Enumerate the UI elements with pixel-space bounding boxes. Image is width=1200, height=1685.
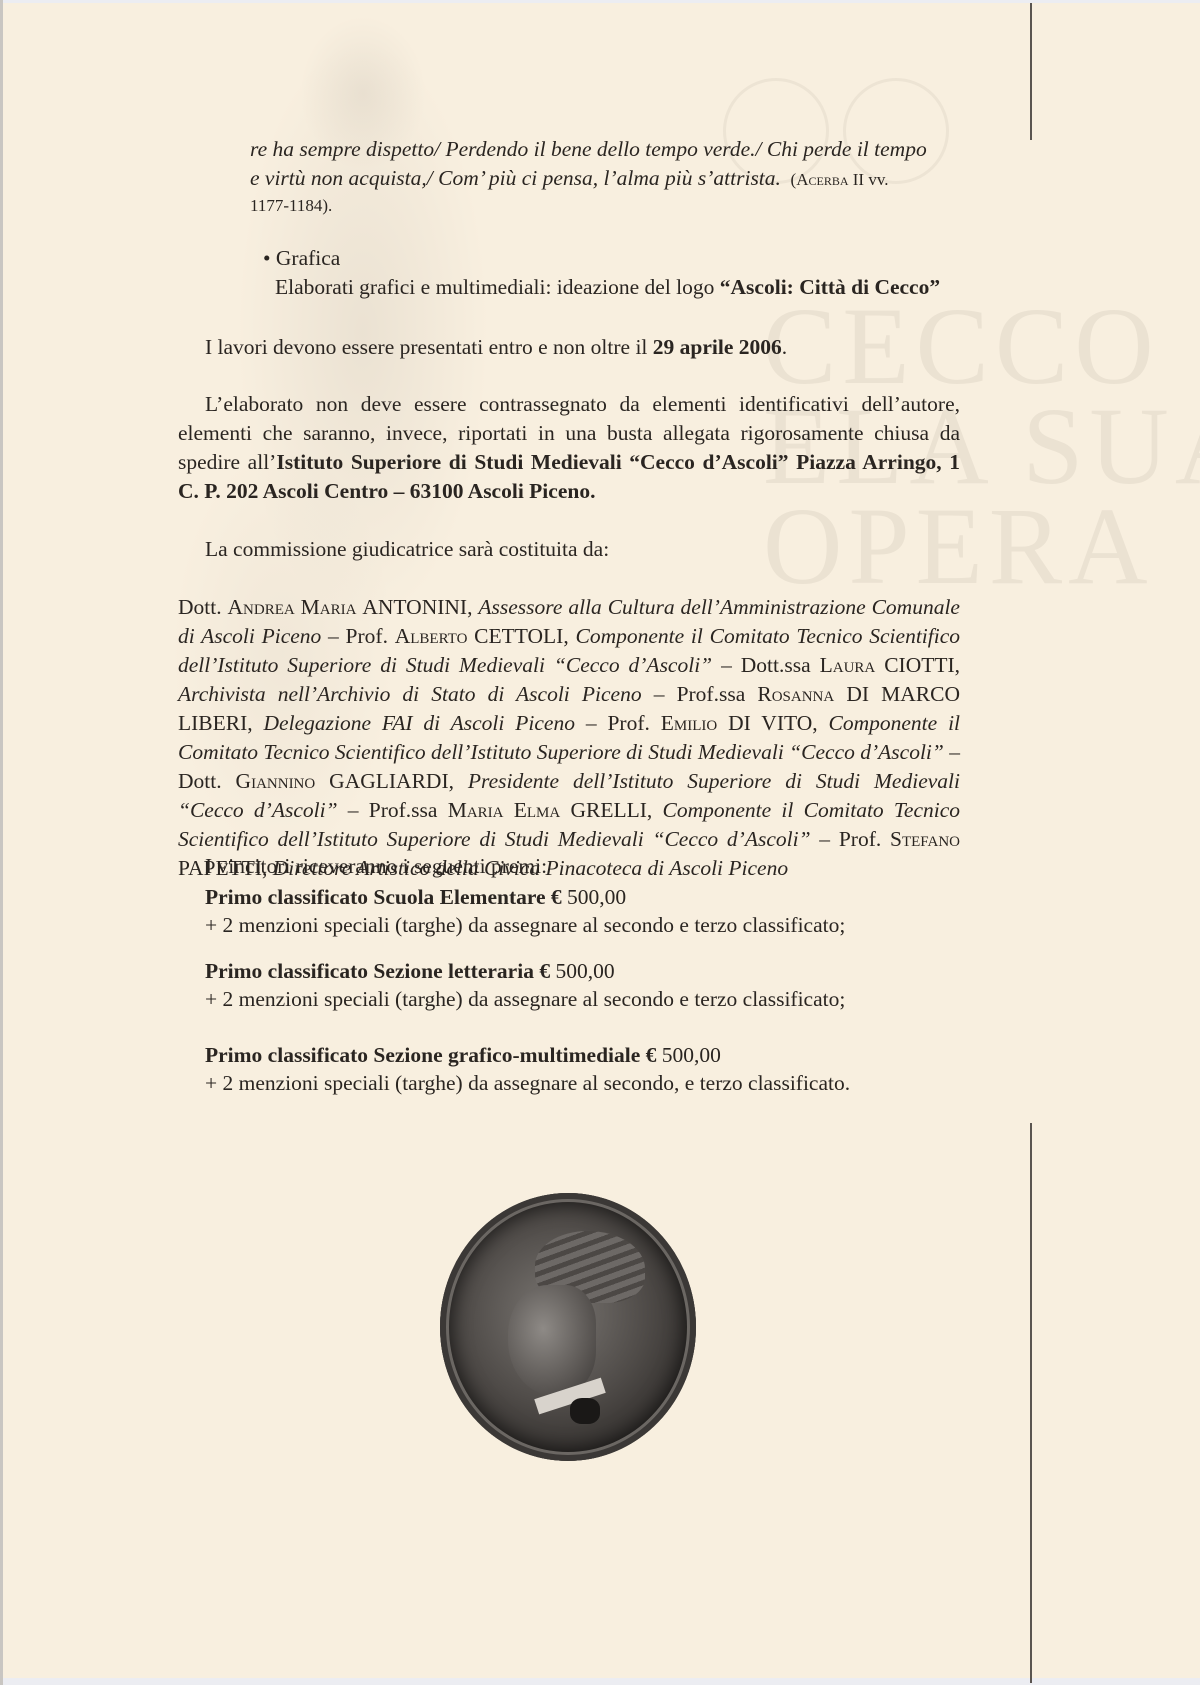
euro-icon: € (646, 1043, 662, 1067)
quote-citation-end: 1177-1184). (250, 191, 332, 220)
medallion-collar-shadow (570, 1398, 600, 1424)
margin-rule-bottom (1030, 1123, 1032, 1683)
document-page: CECCO ELA SUA OPERA re ha sempre dispett… (3, 3, 1200, 1678)
deadline-text: I lavori devono essere presentati entro … (205, 333, 787, 362)
prize-note: + 2 menzioni speciali (targhe) da assegn… (205, 1069, 850, 1098)
quote-line-1: re ha sempre dispetto/ Perdendo il bene … (250, 135, 930, 164)
medallion-face (508, 1285, 596, 1395)
prize-note: + 2 menzioni speciali (targhe) da assegn… (205, 911, 845, 940)
commission-intro: La commissione giudicatrice sarà costitu… (205, 535, 609, 564)
margin-rule-top (1030, 3, 1032, 140)
section-grafica-title: • Grafica (263, 244, 340, 273)
prize-title: Primo classificato Sezione grafico-multi… (205, 1041, 721, 1070)
bullet-icon: • (263, 246, 271, 270)
euro-icon: € (551, 885, 567, 909)
prizes-intro: I vincitori riceveranno i seguenti premi… (205, 852, 547, 881)
quote-line-2: e virtù non acquista,/ Com’ più ci pensa… (250, 164, 950, 194)
commission-list: Dott. Andrea Maria ANTONINI, Assessore a… (178, 593, 960, 883)
prize-title: Primo classificato Scuola Elementare € 5… (205, 883, 626, 912)
prize-note: + 2 menzioni speciali (targhe) da assegn… (205, 985, 845, 1014)
euro-icon: € (539, 959, 555, 983)
submission-paragraph: L’elaborato non deve essere contrassegna… (178, 390, 960, 506)
prize-title: Primo classificato Sezione letteraria € … (205, 957, 615, 986)
section-grafica-description: Elaborati grafici e multimediali: ideazi… (275, 273, 940, 302)
medallion-portrait-image (440, 1193, 696, 1461)
